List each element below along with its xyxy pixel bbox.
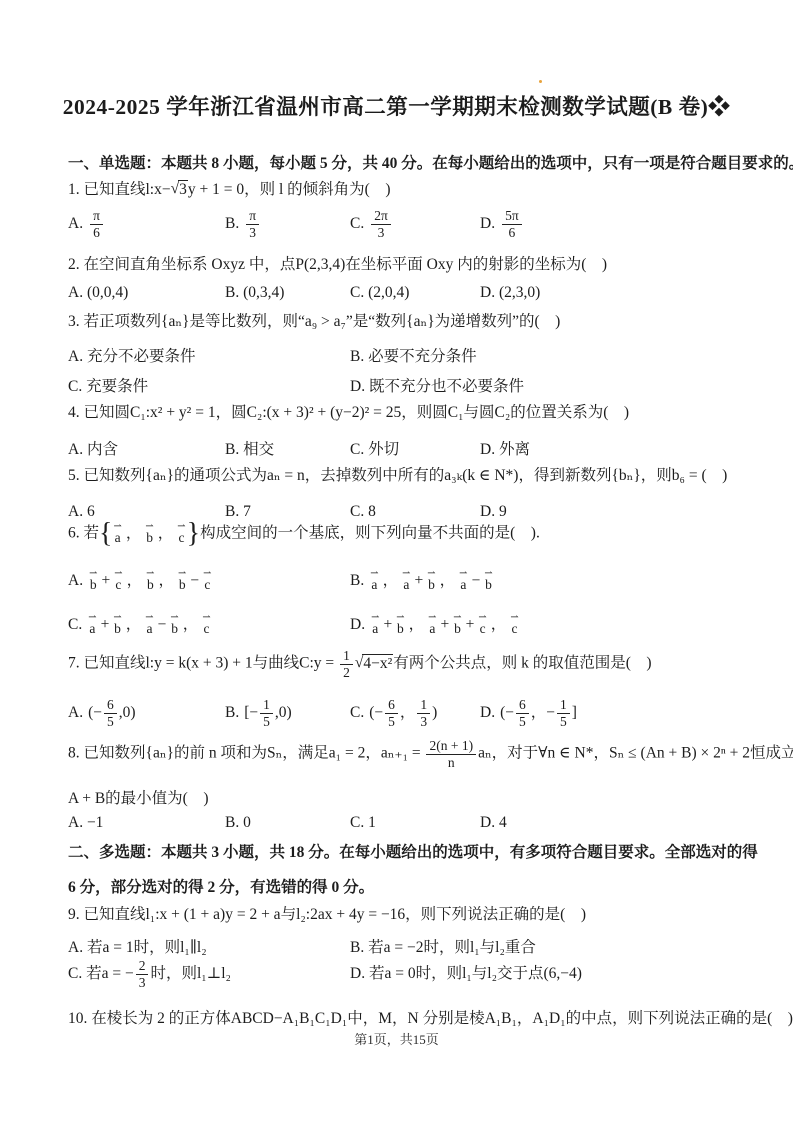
vector-token: ⇀c	[510, 614, 518, 636]
vector-letter: c	[177, 531, 185, 545]
question-3-options-row-1: A. 充分不必要条件 B. 必要不充分条件	[68, 344, 755, 364]
q8-option-b: B. 0	[225, 814, 251, 832]
vector-token: ⇀a	[459, 570, 467, 592]
operator: −	[190, 572, 199, 589]
question-6-options-row-1: A.⇀b+⇀c，⇀b，⇀b−⇀c B.⇀a，⇀a+⇀b，⇀a−⇀b	[68, 566, 755, 598]
q7-option-b: B.[−15,0)	[225, 695, 292, 731]
operator: +	[383, 616, 392, 633]
vector-token: ⇀a	[428, 614, 436, 636]
q9-option-c: C. 若a = −23时，则l₁⊥l₂	[68, 956, 231, 992]
option-label: A.	[68, 572, 83, 589]
question-10-stem: 10. 在棱长为 2 的正方体ABCD−A₁B₁C₁D₁中，M，N 分别是棱A₁…	[68, 1009, 755, 1029]
question-9-stem: 9. 已知直线l₁:x + (1 + a)y = 2 + a与l₂:2ax + …	[68, 905, 755, 925]
fraction: 65	[385, 697, 398, 729]
question-4-options-row: A. 内含 B. 相交 C. 外切 D. 外离	[68, 437, 755, 457]
vector-a: ⇀a	[113, 523, 121, 545]
question-8-stem-line1: 8. 已知数列{aₙ}的前 n 项和为Sₙ，满足a₁ = 2，aₙ₊₁ = 2(…	[68, 738, 755, 770]
fraction: 65	[516, 697, 529, 729]
vector-token: ⇀b	[484, 570, 492, 592]
page-footer: 第1页，共15页	[0, 1029, 793, 1048]
vector-token: ⇀c	[114, 570, 122, 592]
question-2-options-row: A. (0,0,4) B. (0,3,4) C. (2,0,4) D. (2,3…	[68, 284, 755, 304]
vector-b: ⇀b	[145, 523, 153, 545]
vector-token: ⇀b	[178, 570, 186, 592]
vector-token: ⇀b	[89, 570, 97, 592]
q7-stem-post: 有两个公共点，则 k 的取值范围是( )	[393, 655, 651, 672]
vector-token: ⇀a	[370, 570, 378, 592]
q7-option-a: A.(−65,0)	[68, 695, 136, 731]
vector-token: ⇀b	[113, 614, 121, 636]
option-label: A.	[68, 215, 83, 232]
question-8-stem-line2: A + B的最小值为( )	[68, 789, 755, 809]
radical-sign: √	[171, 179, 180, 199]
q9-option-d: D. 若a = 0时，则l₁与l₂交于点(6,−4)	[350, 956, 582, 992]
operator: −	[158, 616, 167, 633]
fraction: π6	[90, 208, 103, 240]
operator: ，	[183, 616, 199, 633]
question-9-options-row-1: A. 若a = 1时，则l₁∥l₂ B. 若a = −2时，则l₁与l₂重合	[68, 935, 755, 955]
question-6-options-row-2: C.⇀a+⇀b，⇀a−⇀b，⇀c D.⇀a+⇀b，⇀a+⇀b+⇀c，⇀c	[68, 610, 755, 642]
q3-option-d: D. 既不充分也不必要条件	[350, 374, 524, 396]
vector-token: ⇀b	[453, 614, 461, 636]
section2-heading-line2: 6 分，部分选对的得 2 分，有选错的得 0 分。	[68, 878, 755, 898]
q3-option-b: B. 必要不充分条件	[350, 344, 477, 366]
radical-sign: √	[355, 653, 364, 673]
question-7-stem: 7. 已知直线l:y = k(x + 3) + 1与曲线C:y = 12√4−x…	[68, 648, 755, 680]
q6-option-b: B.⇀a，⇀a+⇀b，⇀a−⇀b	[350, 566, 494, 596]
q2-option-b: B. (0,3,4)	[225, 284, 284, 302]
option-label: B.	[225, 704, 239, 721]
q6-option-a: A.⇀b+⇀c，⇀b，⇀b−⇀c	[68, 566, 213, 596]
vector-c: ⇀c	[177, 523, 185, 545]
q3-option-a: A. 充分不必要条件	[68, 344, 195, 366]
brace-open: {	[99, 518, 112, 549]
operator: ，	[491, 616, 507, 633]
fraction: 5π6	[502, 208, 522, 240]
q1-stem-post: y + 1 = 0，则 l 的倾斜角为( )	[188, 181, 391, 198]
q7-option-d: D.(−65，−15]	[480, 695, 577, 731]
vector-token: ⇀c	[478, 614, 486, 636]
q8-stem-mid: aₙ，对于∀n ∈ N*，Sₙ ≤ (An + B) × 2ⁿ + 2恒成立,则	[478, 745, 793, 762]
vector-token: ⇀c	[202, 614, 210, 636]
option-label: C.	[350, 215, 364, 232]
exam-title: 2024-2025 学年浙江省温州市高二第一学期期末检测数学试题(B 卷)❖	[0, 94, 793, 122]
section1-heading: 一、单选题：本题共 8 小题，每小题 5 分，共 40 分。在每小题给出的选项中…	[68, 154, 755, 174]
q4-option-d: D. 外离	[480, 437, 530, 459]
vector-token: ⇀b	[170, 614, 178, 636]
option-label: C.	[350, 704, 364, 721]
q5-option-b: B. 7	[225, 503, 251, 521]
fraction: 23	[136, 958, 149, 990]
operator: +	[466, 616, 475, 633]
operator: ，	[159, 572, 175, 589]
question-1-options-row: A.π6 B.π3 C.2π3 D.5π6	[68, 206, 755, 244]
vector-token: ⇀a	[145, 614, 153, 636]
option-label: B.	[225, 215, 239, 232]
question-1-stem: 1. 已知直线l:x−√3y + 1 = 0，则 l 的倾斜角为( )	[68, 180, 755, 200]
q9-option-b: B. 若a = −2时，则l₁与l₂重合	[350, 935, 536, 957]
vector-token: ⇀a	[371, 614, 379, 636]
option-label: B.	[350, 572, 364, 589]
q7-option-c: C.(−65，13)	[350, 695, 437, 731]
operator: +	[101, 572, 110, 589]
q1-option-b: B.π3	[225, 206, 261, 242]
vector-token: ⇀c	[203, 570, 211, 592]
q6-option-c: C.⇀a+⇀b，⇀a−⇀b，⇀c	[68, 610, 212, 640]
q1-option-c: C.2π3	[350, 206, 393, 242]
vector-token: ⇀a	[88, 614, 96, 636]
q1-stem-pre: 1. 已知直线l:x−	[68, 181, 171, 198]
q4-option-c: C. 外切	[350, 437, 399, 459]
q7-stem-pre: 7. 已知直线l:y = k(x + 3) + 1与曲线C:y =	[68, 655, 338, 672]
question-5-stem: 5. 已知数列{aₙ}的通项公式为aₙ = n，去掉数列中所有的a₃ₖ(k ∈ …	[68, 466, 755, 486]
vector-token: ⇀b	[146, 570, 154, 592]
fraction: 13	[417, 697, 430, 729]
vector-letter: a	[113, 531, 121, 545]
q1-option-a: A.π6	[68, 206, 105, 242]
fraction: π3	[246, 208, 259, 240]
q2-option-d: D. (2,3,0)	[480, 284, 540, 302]
option-label: A.	[68, 704, 83, 721]
fraction: 15	[260, 697, 273, 729]
q6-stem-post: 构成空间的一个基底，则下列向量不共面的是( ).	[200, 525, 540, 542]
fraction: 2(n + 1)n	[426, 738, 476, 770]
q9-option-a: A. 若a = 1时，则l₁∥l₂	[68, 935, 207, 957]
q5-option-d: D. 9	[480, 503, 507, 521]
question-7-options-row: A.(−65,0) B.[−15,0) C.(−65，13) D.(−65，−1…	[68, 695, 755, 733]
operator: ，	[383, 572, 399, 589]
q6-option-d: D.⇀a+⇀b，⇀a+⇀b+⇀c，⇀c	[350, 610, 520, 640]
separator: ，	[126, 525, 142, 542]
question-9-options-row-2: C. 若a = −23时，则l₁⊥l₂ D. 若a = 0时，则l₁与l₂交于点…	[68, 956, 755, 994]
question-3-stem: 3. 若正项数列{aₙ}是等比数列，则“a₉ > a₇”是“数列{aₙ}为递增数…	[68, 312, 755, 332]
fraction: 12	[340, 648, 353, 680]
question-6-stem: 6. 若{⇀a，⇀b，⇀c}构成空间的一个基底，则下列向量不共面的是( ).	[68, 520, 755, 548]
operator: +	[441, 616, 450, 633]
exam-page: 2024-2025 学年浙江省温州市高二第一学期期末检测数学试题(B 卷)❖ 一…	[0, 0, 793, 1122]
question-2-stem: 2. 在空间直角坐标系 Oxyz 中，点P(2,3,4)在坐标平面 Oxy 内的…	[68, 255, 755, 275]
option-label: D.	[480, 704, 495, 721]
option-label: D.	[480, 215, 495, 232]
operator: ，	[126, 616, 142, 633]
section2-heading-line1: 二、多选题：本题共 3 小题，共 18 分。在每小题给出的选项中，有多项符合题目…	[68, 843, 755, 863]
q5-option-c: C. 8	[350, 503, 376, 521]
fraction: 15	[557, 697, 570, 729]
fraction: 2π3	[371, 208, 391, 240]
q5-option-a: A. 6	[68, 503, 95, 521]
sqrt-expression: √4−x²	[355, 655, 393, 672]
q2-option-a: A. (0,0,4)	[68, 284, 128, 302]
q8-stem-pre: 8. 已知数列{aₙ}的前 n 项和为Sₙ，满足a₁ = 2，aₙ₊₁ =	[68, 745, 424, 762]
operator: ，	[440, 572, 456, 589]
question-4-stem: 4. 已知圆C₁:x² + y² = 1，圆C₂:(x + 3)² + (y−2…	[68, 403, 755, 423]
sqrt-expression: √3	[171, 181, 188, 198]
vector-token: ⇀a	[402, 570, 410, 592]
q2-option-c: C. (2,0,4)	[350, 284, 409, 302]
q8-option-a: A. −1	[68, 814, 103, 832]
operator: +	[101, 616, 110, 633]
q8-option-d: D. 4	[480, 814, 507, 832]
operator: ，	[127, 572, 143, 589]
option-label: D.	[350, 616, 365, 633]
brace-close: }	[187, 518, 200, 549]
q8-option-c: C. 1	[350, 814, 376, 832]
q1-option-d: D.5π6	[480, 206, 524, 242]
radicand: 4−x²	[362, 654, 393, 673]
question-3-options-row-2: C. 充要条件 D. 既不充分也不必要条件	[68, 374, 755, 394]
q4-option-a: A. 内含	[68, 437, 118, 459]
vector-token: ⇀b	[396, 614, 404, 636]
vector-letter: b	[145, 531, 153, 545]
operator: +	[415, 572, 424, 589]
separator: ，	[158, 525, 174, 542]
option-label: C.	[68, 616, 82, 633]
orange-speck-mark	[539, 80, 542, 83]
q6-stem-pre: 6. 若	[68, 525, 99, 542]
fraction: 65	[104, 697, 117, 729]
q3-option-c: C. 充要条件	[68, 374, 148, 396]
vector-token: ⇀b	[427, 570, 435, 592]
operator: ，	[409, 616, 425, 633]
q4-option-b: B. 相交	[225, 437, 274, 459]
question-8-options-row: A. −1 B. 0 C. 1 D. 4	[68, 814, 755, 834]
operator: −	[472, 572, 481, 589]
